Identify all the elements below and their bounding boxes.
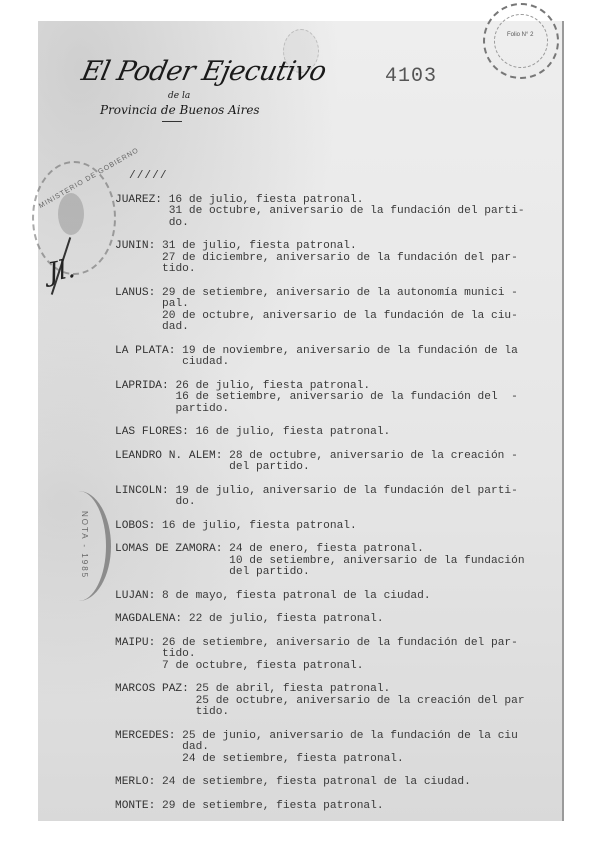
date-line: do. xyxy=(169,218,555,230)
partido-name: LUJAN: xyxy=(115,591,155,603)
list-item: MARCOS PAZ: 25 de abril, fiesta patronal… xyxy=(115,684,555,719)
document-number: 4103 xyxy=(385,65,437,88)
partido-name: LOBOS: xyxy=(115,521,155,533)
letterhead-title: El Poder Ejecutivo xyxy=(79,56,286,87)
list-item: LA PLATA: 19 de noviembre, aniversario d… xyxy=(115,346,555,369)
letterhead-de-la: de la xyxy=(168,91,282,101)
letterhead: El Poder Ejecutivo de la Provincia de Bu… xyxy=(82,56,282,122)
date-line: 26 de setiembre, aniversario de la funda… xyxy=(162,638,555,650)
date-line: 24 de enero, fiesta patronal. xyxy=(229,544,555,556)
spacer xyxy=(169,381,176,416)
date-line: del partido. xyxy=(229,567,555,579)
handwritten-initials: Jl. xyxy=(46,254,78,288)
partido-name: LA PLATA: xyxy=(115,346,175,369)
list-item: MERLO: 24 de setiembre, fiesta patronal … xyxy=(115,777,555,789)
list-item: MONTE: 29 de setiembre, fiesta patronal. xyxy=(115,801,555,813)
partial-stamp-text: NOTA - 1985 xyxy=(80,511,89,579)
date-line: 29 de setiembre, fiesta patronal. xyxy=(162,801,555,813)
spacer xyxy=(155,591,162,603)
date-line: 7 de octubre, fiesta patronal. xyxy=(162,661,555,673)
folio-stamp-text: Folio N° 2 xyxy=(507,32,533,38)
partido-name: LAS FLORES: xyxy=(115,427,189,439)
date-line: 29 de setiembre, aniversario de la auton… xyxy=(162,288,555,300)
partido-name: LOMAS DE ZAMORA: xyxy=(115,544,222,579)
spacer xyxy=(169,486,176,509)
entry-dates: 31 de julio, fiesta patronal.27 de dicie… xyxy=(162,241,555,276)
spacer xyxy=(155,241,162,276)
partido-name: JUAREZ: xyxy=(115,195,162,230)
entry-dates: 16 de julio, fiesta patronal. xyxy=(162,521,555,533)
date-line: 16 de julio, fiesta patronal. xyxy=(196,427,555,439)
entry-dates: 25 de abril, fiesta patronal.25 de octub… xyxy=(196,684,555,719)
list-item: LOBOS: 16 de julio, fiesta patronal. xyxy=(115,521,555,533)
partido-name: LINCOLN: xyxy=(115,486,169,509)
date-line: 27 de diciembre, aniversario de la funda… xyxy=(162,253,555,265)
date-line: 31 de julio, fiesta patronal. xyxy=(162,241,555,253)
spacer xyxy=(155,521,162,533)
spacer xyxy=(175,731,182,766)
list-item: JUNIN: 31 de julio, fiesta patronal.27 d… xyxy=(115,241,555,276)
partido-name: MERCEDES: xyxy=(115,731,175,766)
document-page: El Poder Ejecutivo de la Provincia de Bu… xyxy=(38,21,564,821)
list-item: JUAREZ: 16 de julio, fiesta patronal.31 … xyxy=(115,195,555,230)
date-line: 22 de julio, fiesta patronal. xyxy=(189,614,555,626)
date-line: tido. xyxy=(196,707,555,719)
entry-dates: 26 de setiembre, aniversario de la funda… xyxy=(162,638,555,673)
date-line: pal. xyxy=(162,299,555,311)
spacer xyxy=(175,346,182,369)
document-body: ///// JUAREZ: 16 de julio, fiesta patron… xyxy=(115,171,555,824)
date-line: 31 de octubre, aniversario de la fundaci… xyxy=(169,206,555,218)
date-line: 20 de octubre, aniversario de la fundaci… xyxy=(162,311,555,323)
entry-dates: 16 de julio, fiesta patronal. xyxy=(196,427,555,439)
date-line: tido. xyxy=(162,649,555,661)
entry-dates: 8 de mayo, fiesta patronal de la ciudad. xyxy=(162,591,555,603)
entry-dates: 26 de julio, fiesta patronal.16 de setie… xyxy=(175,381,555,416)
spacer xyxy=(222,544,229,579)
partial-stamp: NOTA - 1985 xyxy=(46,491,111,601)
partido-name: LAPRIDA: xyxy=(115,381,169,416)
entry-dates: 16 de julio, fiesta patronal.31 de octub… xyxy=(169,195,555,230)
partido-name: MONTE: xyxy=(115,801,155,813)
date-line: del partido. xyxy=(229,462,555,474)
partido-name: MARCOS PAZ: xyxy=(115,684,189,719)
list-item: LANUS: 29 de setiembre, aniversario de l… xyxy=(115,288,555,334)
entry-dates: 28 de octubre, aniversario de la creació… xyxy=(229,451,555,474)
list-item: LEANDRO N. ALEM: 28 de octubre, aniversa… xyxy=(115,451,555,474)
spacer xyxy=(189,427,196,439)
letterhead-rule xyxy=(162,121,182,122)
entry-dates: 29 de setiembre, aniversario de la auton… xyxy=(162,288,555,334)
date-line: 16 de setiembre, aniversario de la funda… xyxy=(175,392,555,404)
date-line: 25 de abril, fiesta patronal. xyxy=(196,684,555,696)
folio-stamp-inner-ring xyxy=(494,14,548,68)
list-item: LOMAS DE ZAMORA: 24 de enero, fiesta pat… xyxy=(115,544,555,579)
spacer xyxy=(155,288,162,334)
entry-dates: 19 de noviembre, aniversario de la funda… xyxy=(182,346,555,369)
date-line: do. xyxy=(175,497,555,509)
entry-dates: 24 de setiembre, fiesta patronal de la c… xyxy=(162,777,555,789)
spacer xyxy=(155,801,162,813)
separator-slashes: ///// xyxy=(129,171,555,183)
partido-name: LANUS: xyxy=(115,288,155,334)
date-line: ciudad. xyxy=(182,357,555,369)
date-line: 25 de junio, aniversario de la fundación… xyxy=(182,731,555,743)
date-line: dad. xyxy=(182,742,555,754)
date-line: dad. xyxy=(162,322,555,334)
list-item: LUJAN: 8 de mayo, fiesta patronal de la … xyxy=(115,591,555,603)
entry-dates: 25 de junio, aniversario de la fundación… xyxy=(182,731,555,766)
date-line: 25 de octubre, aniversario de la creació… xyxy=(196,696,555,708)
folio-stamp: Folio N° 2 xyxy=(483,3,559,79)
partido-name: MAIPU: xyxy=(115,638,155,673)
date-line: 19 de julio, aniversario de la fundación… xyxy=(175,486,555,498)
partido-name: MERLO: xyxy=(115,777,155,789)
coat-of-arms-icon xyxy=(58,193,84,235)
partido-name: MAGDALENA: xyxy=(115,614,182,626)
list-item: MERCEDES: 25 de junio, aniversario de la… xyxy=(115,731,555,766)
date-line: 16 de julio, fiesta patronal. xyxy=(162,521,555,533)
date-line: 24 de setiembre, fiesta patronal. xyxy=(182,754,555,766)
letterhead-province: Provincia de Buenos Aires xyxy=(100,103,282,117)
partido-name: JUNIN: xyxy=(115,241,155,276)
spacer xyxy=(155,638,162,673)
list-item: LAS FLORES: 16 de julio, fiesta patronal… xyxy=(115,427,555,439)
list-item: MAIPU: 26 de setiembre, aniversario de l… xyxy=(115,638,555,673)
spacer xyxy=(222,451,229,474)
date-line: 24 de setiembre, fiesta patronal de la c… xyxy=(162,777,555,789)
entry-dates: 29 de setiembre, fiesta patronal. xyxy=(162,801,555,813)
date-line: partido. xyxy=(175,404,555,416)
date-line: 8 de mayo, fiesta patronal de la ciudad. xyxy=(162,591,555,603)
spacer xyxy=(189,684,196,719)
list-item: LAPRIDA: 26 de julio, fiesta patronal.16… xyxy=(115,381,555,416)
entry-dates: 19 de julio, aniversario de la fundación… xyxy=(175,486,555,509)
spacer xyxy=(182,614,189,626)
spacer xyxy=(162,195,169,230)
date-line: 19 de noviembre, aniversario de la funda… xyxy=(182,346,555,358)
date-line: tido. xyxy=(162,264,555,276)
partido-name: LEANDRO N. ALEM: xyxy=(115,451,222,474)
entry-dates: 22 de julio, fiesta patronal. xyxy=(189,614,555,626)
spacer xyxy=(155,777,162,789)
entry-dates: 24 de enero, fiesta patronal.10 de setie… xyxy=(229,544,555,579)
list-item: MAGDALENA: 22 de julio, fiesta patronal. xyxy=(115,614,555,626)
list-item: LINCOLN: 19 de julio, aniversario de la … xyxy=(115,486,555,509)
